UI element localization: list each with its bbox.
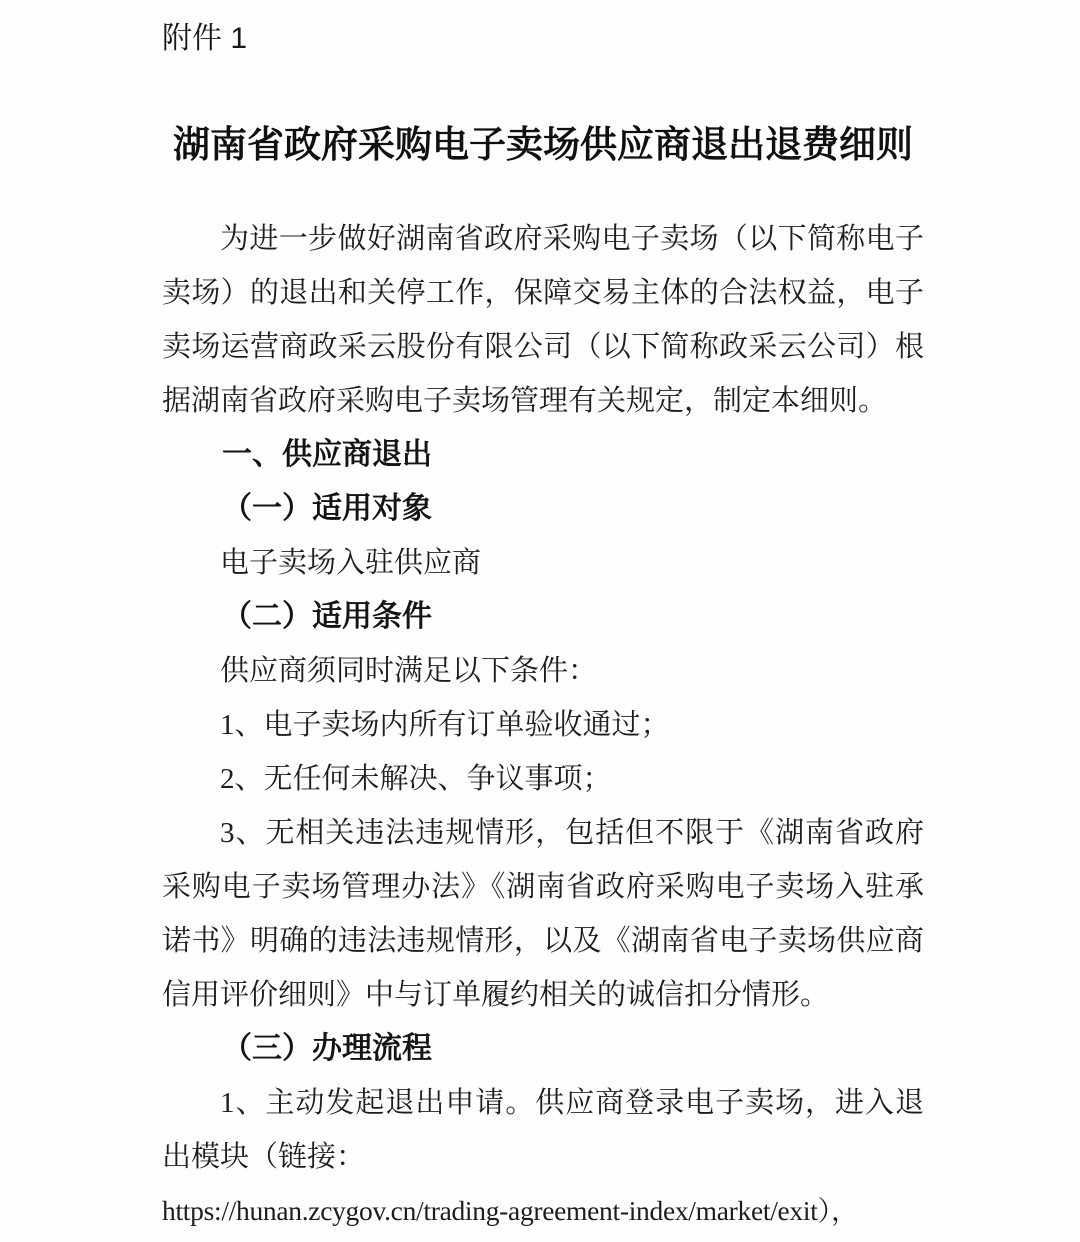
subsection-1-heading: （一）适用对象 (162, 482, 924, 536)
subsection-2-lead: 供应商须同时满足以下条件： (162, 644, 924, 698)
document-title: 湖南省政府采购电子卖场供应商退出退费细则 (162, 120, 924, 170)
subsection-3-heading: （三）办理流程 (162, 1022, 924, 1076)
attachment-label: 附件 1 (162, 18, 924, 60)
subsection-1-body: 电子卖场入驻供应商 (162, 536, 924, 590)
section-1-heading: 一、供应商退出 (162, 428, 924, 482)
procedure-step-1: 1、主动发起退出申请。供应商登录电子卖场，进入退出模块（链接： (162, 1076, 924, 1184)
intro-paragraph: 为进一步做好湖南省政府采购电子卖场（以下简称电子卖场）的退出和关停工作，保障交易… (162, 212, 924, 428)
condition-item-2: 2、无任何未解决、争议事项； (162, 752, 924, 806)
subsection-2-heading: （二）适用条件 (162, 590, 924, 644)
condition-item-1: 1、电子卖场内所有订单验收通过； (162, 698, 924, 752)
document-page: 附件 1 湖南省政府采购电子卖场供应商退出退费细则 为进一步做好湖南省政府采购电… (0, 0, 1080, 1242)
condition-item-3: 3、无相关违法违规情形，包括但不限于《湖南省政府采购电子卖场管理办法》《湖南省政… (162, 806, 924, 1022)
procedure-step-1-url: https://hunan.zcygov.cn/trading-agreemen… (162, 1184, 924, 1238)
